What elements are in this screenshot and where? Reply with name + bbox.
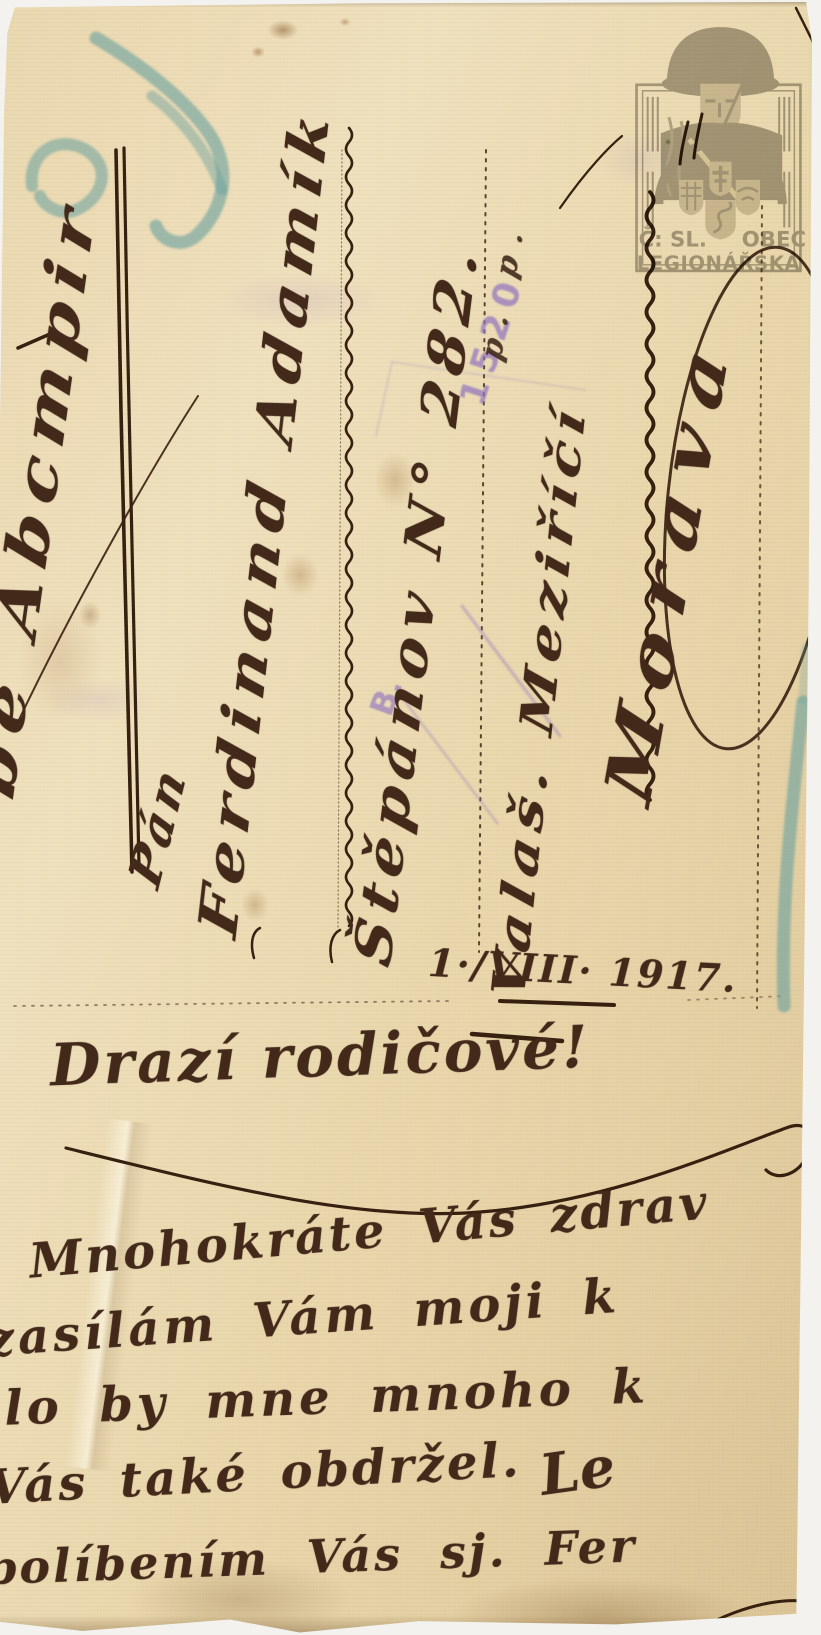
watermark-name: LEGIONÁŘSKÁ xyxy=(637,252,801,275)
postcard-scan: 1520 B. bě Abcmpir Pán Ferdinand Adamík … xyxy=(0,0,821,1635)
watermark-logo: Č: SL. OBEC LEGIONÁŘSKÁ xyxy=(630,20,808,278)
shield-moravia xyxy=(679,180,703,215)
watermark-abbrev: Č: SL. xyxy=(639,227,707,253)
watermark-word: OBEC xyxy=(742,228,806,253)
helmet-dome xyxy=(667,27,774,84)
message-line-4-fragment: Le xyxy=(536,1433,619,1509)
postcard-paper: 1520 B. bě Abcmpir Pán Ferdinand Adamík … xyxy=(0,0,821,1635)
